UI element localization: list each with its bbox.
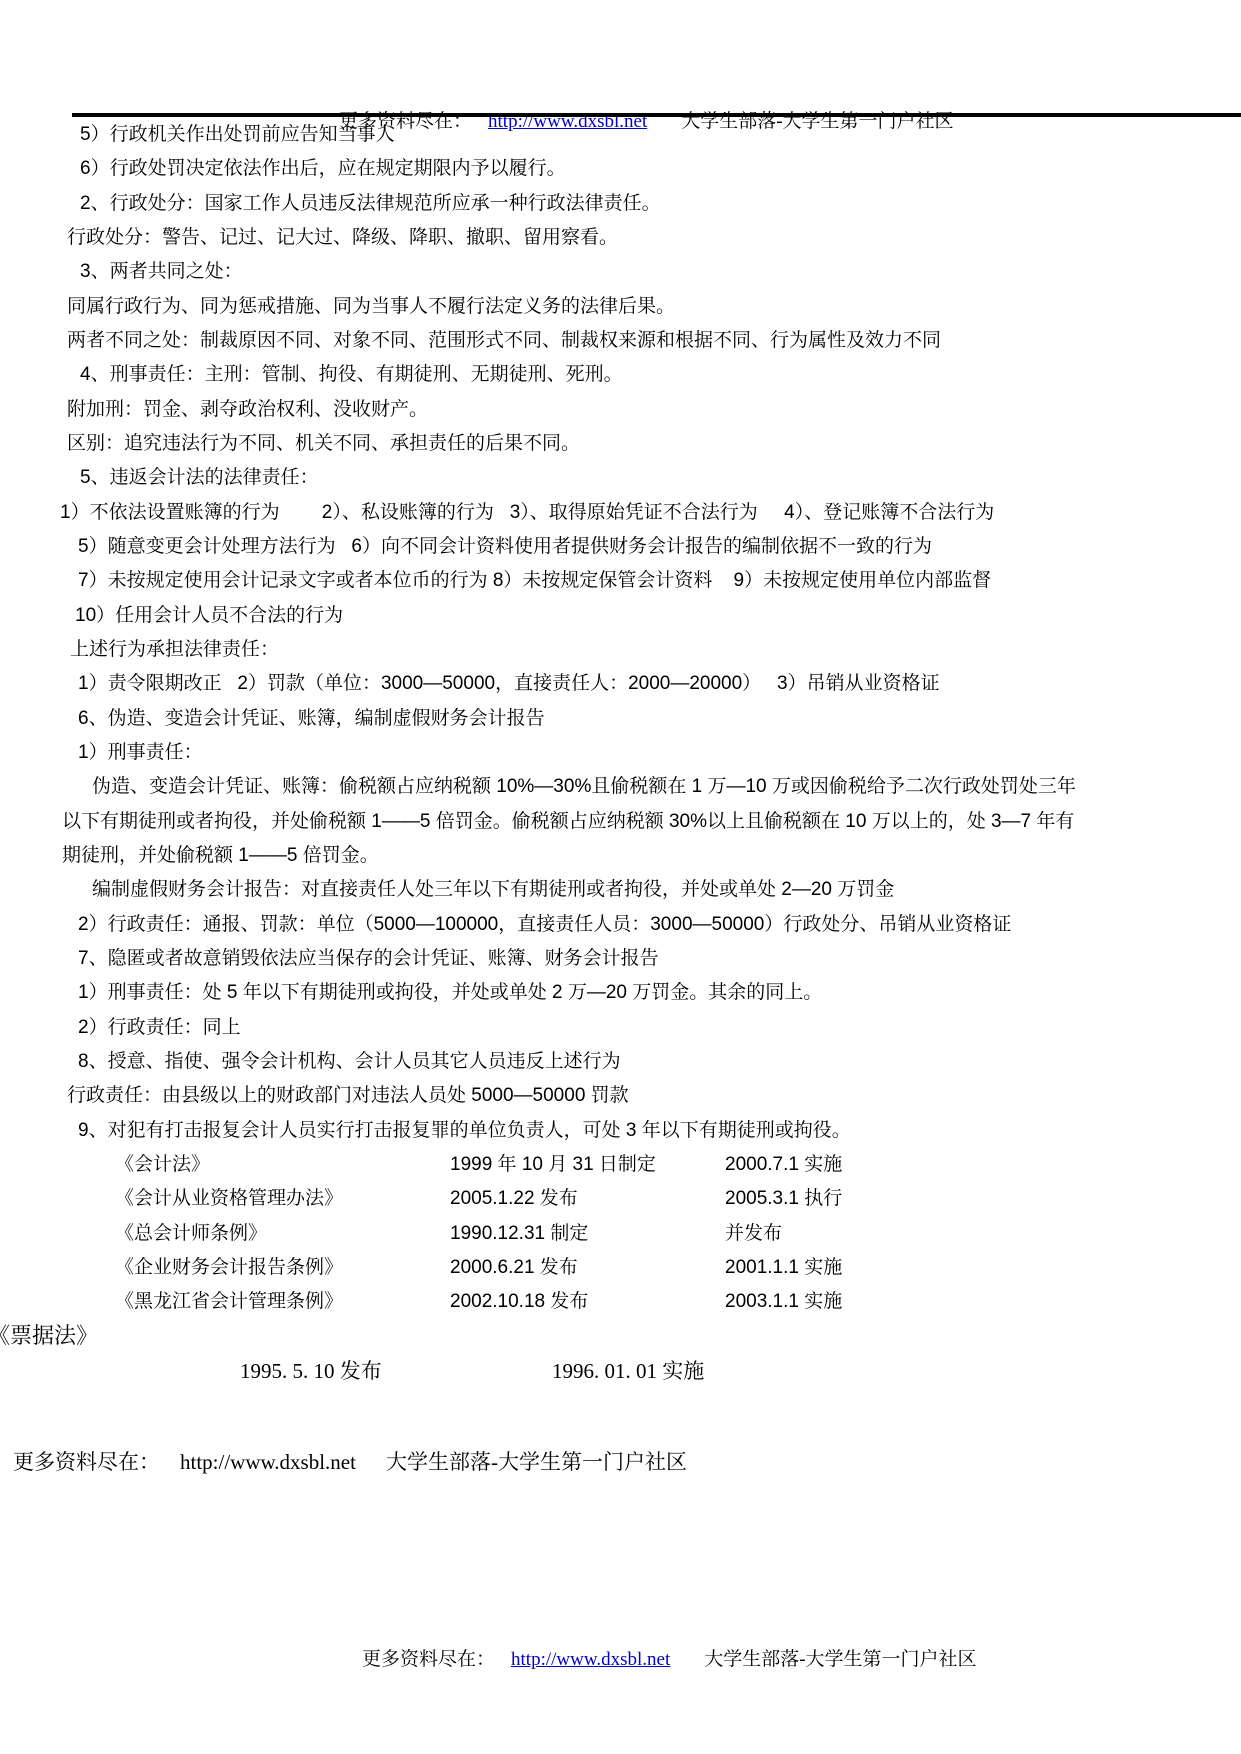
law-row-title: 《企业财务会计报告条例》	[115, 1251, 343, 1285]
law-row-title: 《会计法》	[115, 1148, 210, 1182]
bill-law-dates-row: 1995. 5. 10 发布1996. 01. 01 实施	[0, 1354, 1241, 1388]
body-line: 7、隐匿或者故意销毁依法应当保存的会计凭证、账簿、财务会计报告	[0, 942, 1241, 976]
body-line: 伪造、变造会计凭证、账簿：偷税额占应纳税额 10%—30%且偷税额在 1 万—1…	[0, 770, 1241, 804]
law-row-status: 2000.7.1 实施	[725, 1148, 842, 1182]
footer-bottom-suffix: 大学生部落-大学生第一门户社区	[704, 1649, 976, 1670]
body-line: 6、伪造、变造会计凭证、账簿，编制虚假财务会计报告	[0, 702, 1241, 736]
body-line: 以下有期徒刑或者拘役，并处偷税额 1——5 倍罚金。偷税额占应纳税额 30%以上…	[0, 805, 1241, 839]
footer-mid-url-link[interactable]: http://www.dxsbl.net	[180, 1450, 356, 1474]
body-line: 8、授意、指使、强令会计机构、会计人员其它人员违反上述行为	[0, 1045, 1241, 1079]
law-row-status: 2001.1.1 实施	[725, 1251, 842, 1285]
body-line: 5）随意变更会计处理方法行为 6）向不同会计资料使用者提供财务会计报告的编制依据…	[0, 530, 1241, 564]
bill-law-issue-date: 1995. 5. 10 发布	[240, 1354, 382, 1388]
body-line: 4、刑事责任：主刑：管制、拘役、有期徒刑、无期徒刑、死刑。	[0, 358, 1241, 392]
law-row-status: 2003.1.1 实施	[725, 1285, 842, 1319]
body-line: 2、行政处分：国家工作人员违反法律规范所应承一种行政法律责任。	[0, 187, 1241, 221]
law-row-date: 2000.6.21 发布	[450, 1251, 578, 1285]
body-line: 1）刑事责任：	[0, 736, 1241, 770]
footer-mid-suffix: 大学生部落-大学生第一门户社区	[386, 1450, 687, 1474]
footer-mid-prefix: 更多资料尽在：	[13, 1450, 160, 1474]
body-line: 附加刑：罚金、剥夺政治权利、没收财产。	[0, 393, 1241, 427]
law-row: 《会计法》1999 年 10 月 31 日制定2000.7.1 实施	[0, 1148, 1241, 1182]
law-row-title: 《会计从业资格管理办法》	[115, 1182, 343, 1216]
footer-bottom-url-link[interactable]: http://www.dxsbl.net	[511, 1649, 670, 1670]
body-line: 两者不同之处：制裁原因不同、对象不同、范围形式不同、制裁权来源和根据不同、行为属…	[0, 324, 1241, 358]
body-line: 区别：追究违法行为不同、机关不同、承担责任的后果不同。	[0, 427, 1241, 461]
body-line: 6）行政处罚决定依法作出后，应在规定期限内予以履行。	[0, 152, 1241, 186]
body-line: 5、违返会计法的法律责任：	[0, 461, 1241, 495]
bill-law-effective-date: 1996. 01. 01 实施	[552, 1354, 704, 1388]
body-line: 同属行政行为、同为惩戒措施、同为当事人不履行法定义务的法律后果。	[0, 290, 1241, 324]
bill-law-title: 《票据法》	[0, 1319, 98, 1353]
law-row: 《企业财务会计报告条例》2000.6.21 发布2001.1.1 实施	[0, 1251, 1241, 1285]
header-divider-rule	[72, 113, 1241, 117]
body-line: 2）行政责任：通报、罚款：单位（5000—100000，直接责任人员：3000—…	[0, 908, 1241, 942]
body-line: 1）责令限期改正 2）罚款（单位：3000—50000，直接责任人：2000—2…	[0, 667, 1241, 701]
law-row-date: 1999 年 10 月 31 日制定	[450, 1148, 656, 1182]
body-line: 2）行政责任：同上	[0, 1011, 1241, 1045]
body-line: 7）未按规定使用会计记录文字或者本位币的行为 8）未按规定保管会计资料 9）未按…	[0, 564, 1241, 598]
body-line: 1）刑事责任：处 5 年以下有期徒刑或拘役，并处或单处 2 万—20 万罚金。其…	[0, 976, 1241, 1010]
law-row-date: 2002.10.18 发布	[450, 1285, 588, 1319]
body-line: 编制虚假财务会计报告：对直接责任人处三年以下有期徒刑或者拘役，并处或单处 2—2…	[0, 873, 1241, 907]
document-body: 5）行政机关作出处罚前应告知当事人6）行政处罚决定依法作出后，应在规定期限内予以…	[0, 118, 1241, 1388]
body-line: 1）不依法设置账簿的行为 2）、私设账簿的行为 3）、取得原始凭证不合法行为 4…	[0, 496, 1241, 530]
body-line: 10）任用会计人员不合法的行为	[0, 599, 1241, 633]
body-line: 行政处分：警告、记过、记大过、降级、降职、撤职、留用察看。	[0, 221, 1241, 255]
law-row: 《黑龙江省会计管理条例》2002.10.18 发布2003.1.1 实施	[0, 1285, 1241, 1319]
law-row-date: 1990.12.31 制定	[450, 1217, 588, 1251]
page-footer-middle: 更多资料尽在：http://www.dxsbl.net大学生部落-大学生第一门户…	[0, 1420, 687, 1504]
body-line: 上述行为承担法律责任：	[0, 633, 1241, 667]
body-line: 期徒刑，并处偷税额 1——5 倍罚金。	[0, 839, 1241, 873]
law-row-status: 2005.3.1 执行	[725, 1182, 842, 1216]
law-row-title: 《黑龙江省会计管理条例》	[115, 1285, 343, 1319]
law-row-date: 2005.1.22 发布	[450, 1182, 578, 1216]
body-line: 行政责任：由县级以上的财政部门对违法人员处 5000—50000 罚款	[0, 1079, 1241, 1113]
document-page: 更多资料尽在：http://www.dxsbl.net大学生部落-大学生第一门户…	[0, 0, 1241, 1754]
law-row: 《总会计师条例》1990.12.31 制定并发布	[0, 1217, 1241, 1251]
page-footer-bottom: 更多资料尽在：http://www.dxsbl.net大学生部落-大学生第一门户…	[343, 1624, 977, 1696]
bill-law-row: 《票据法》	[0, 1319, 1241, 1353]
body-line: 3、两者共同之处：	[0, 255, 1241, 289]
body-line: 5）行政机关作出处罚前应告知当事人	[0, 118, 1241, 152]
body-line: 9、对犯有打击报复会计人员实行打击报复罪的单位负责人，可处 3 年以下有期徒刑或…	[0, 1114, 1241, 1148]
law-row: 《会计从业资格管理办法》2005.1.22 发布2005.3.1 执行	[0, 1182, 1241, 1216]
law-row-title: 《总会计师条例》	[115, 1217, 267, 1251]
law-row-status: 并发布	[725, 1217, 782, 1251]
footer-bottom-prefix: 更多资料尽在：	[362, 1649, 495, 1670]
